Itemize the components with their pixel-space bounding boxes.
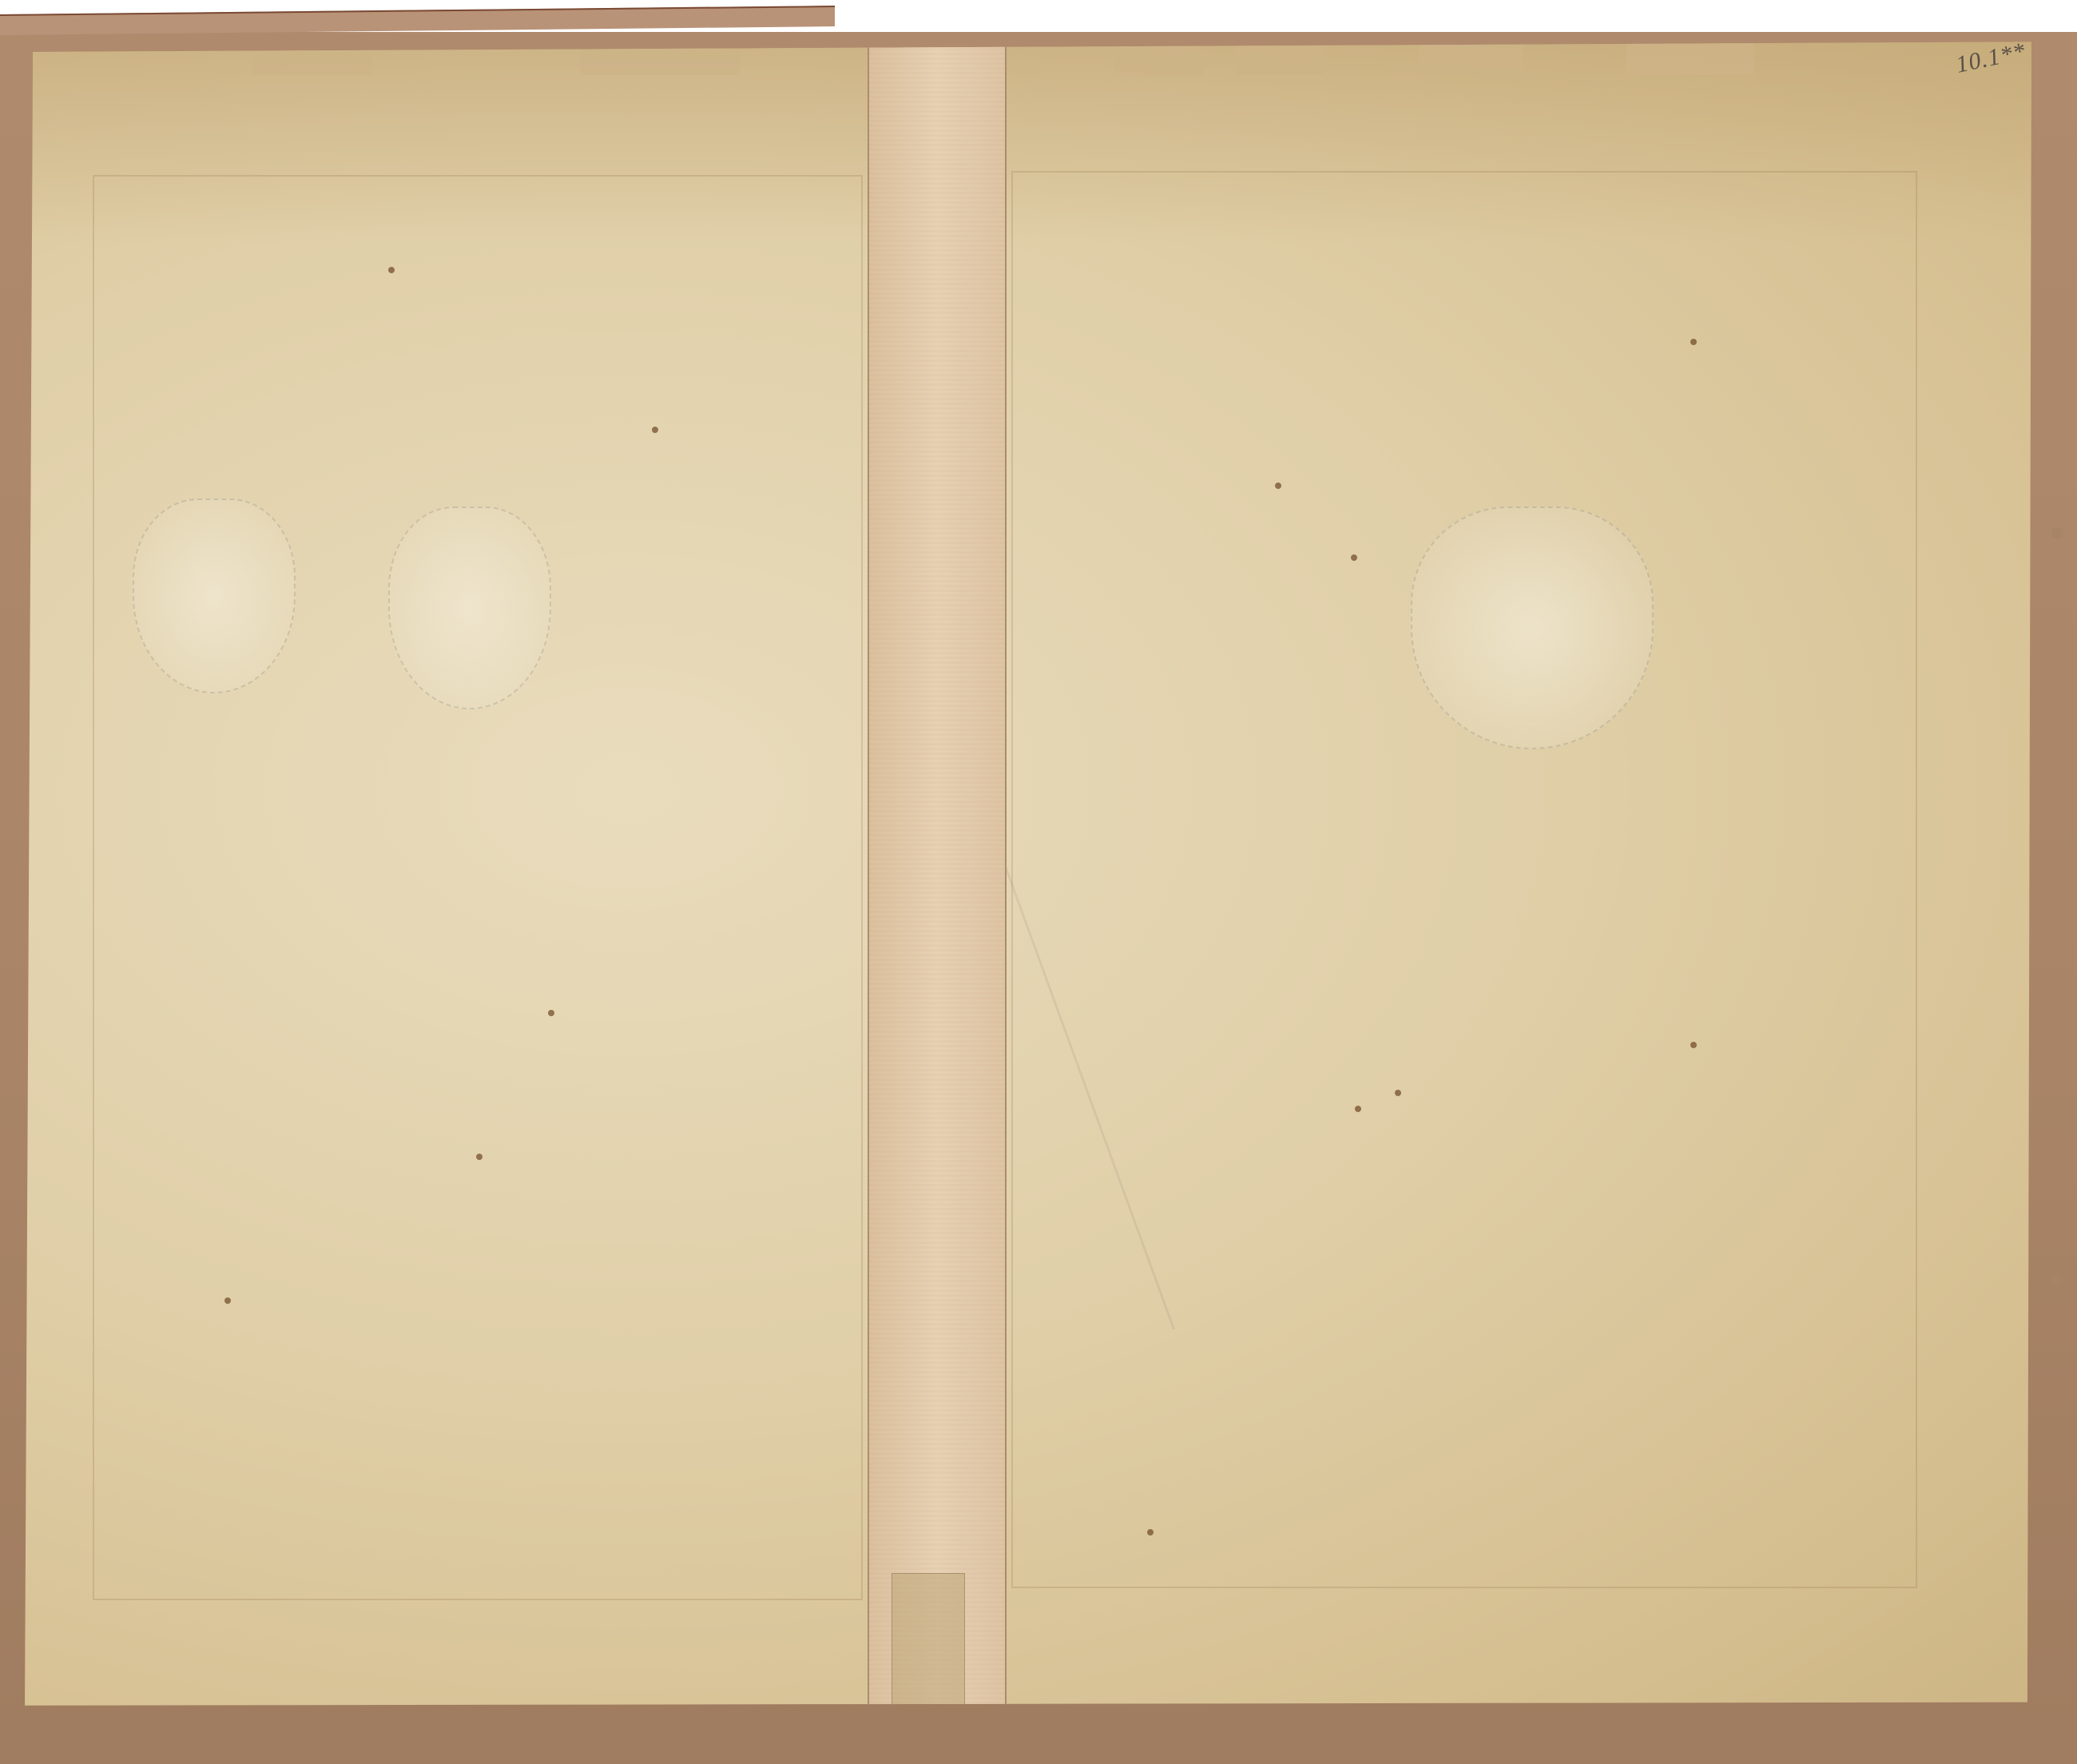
edge-hole (2051, 527, 2063, 538)
foxing-spot (1351, 554, 1357, 561)
foxing-spot (1147, 1529, 1154, 1536)
board-top-edge (0, 6, 835, 35)
foxing-spot (1690, 339, 1697, 345)
plate-mark-left (93, 175, 863, 1600)
show-through-figure (1411, 507, 1654, 749)
foxing-spot (1355, 1106, 1361, 1112)
foxing-spot (652, 427, 658, 433)
foxing-spot (1275, 483, 1281, 489)
foxing-spot (1395, 1090, 1401, 1096)
foxing-spot (476, 1154, 483, 1160)
show-through-coat-of-arms (388, 507, 551, 709)
repair-patch (892, 1573, 965, 1710)
center-fold-strip (868, 35, 1007, 1709)
foxing-spot (388, 267, 395, 273)
edge-hole (2051, 1274, 2063, 1285)
paper-sheet (21, 35, 2035, 1709)
foxing-spot (1690, 1042, 1697, 1048)
show-through-cartouche (133, 499, 296, 693)
foxing-spot (224, 1297, 231, 1304)
foxing-spot (548, 1010, 554, 1016)
